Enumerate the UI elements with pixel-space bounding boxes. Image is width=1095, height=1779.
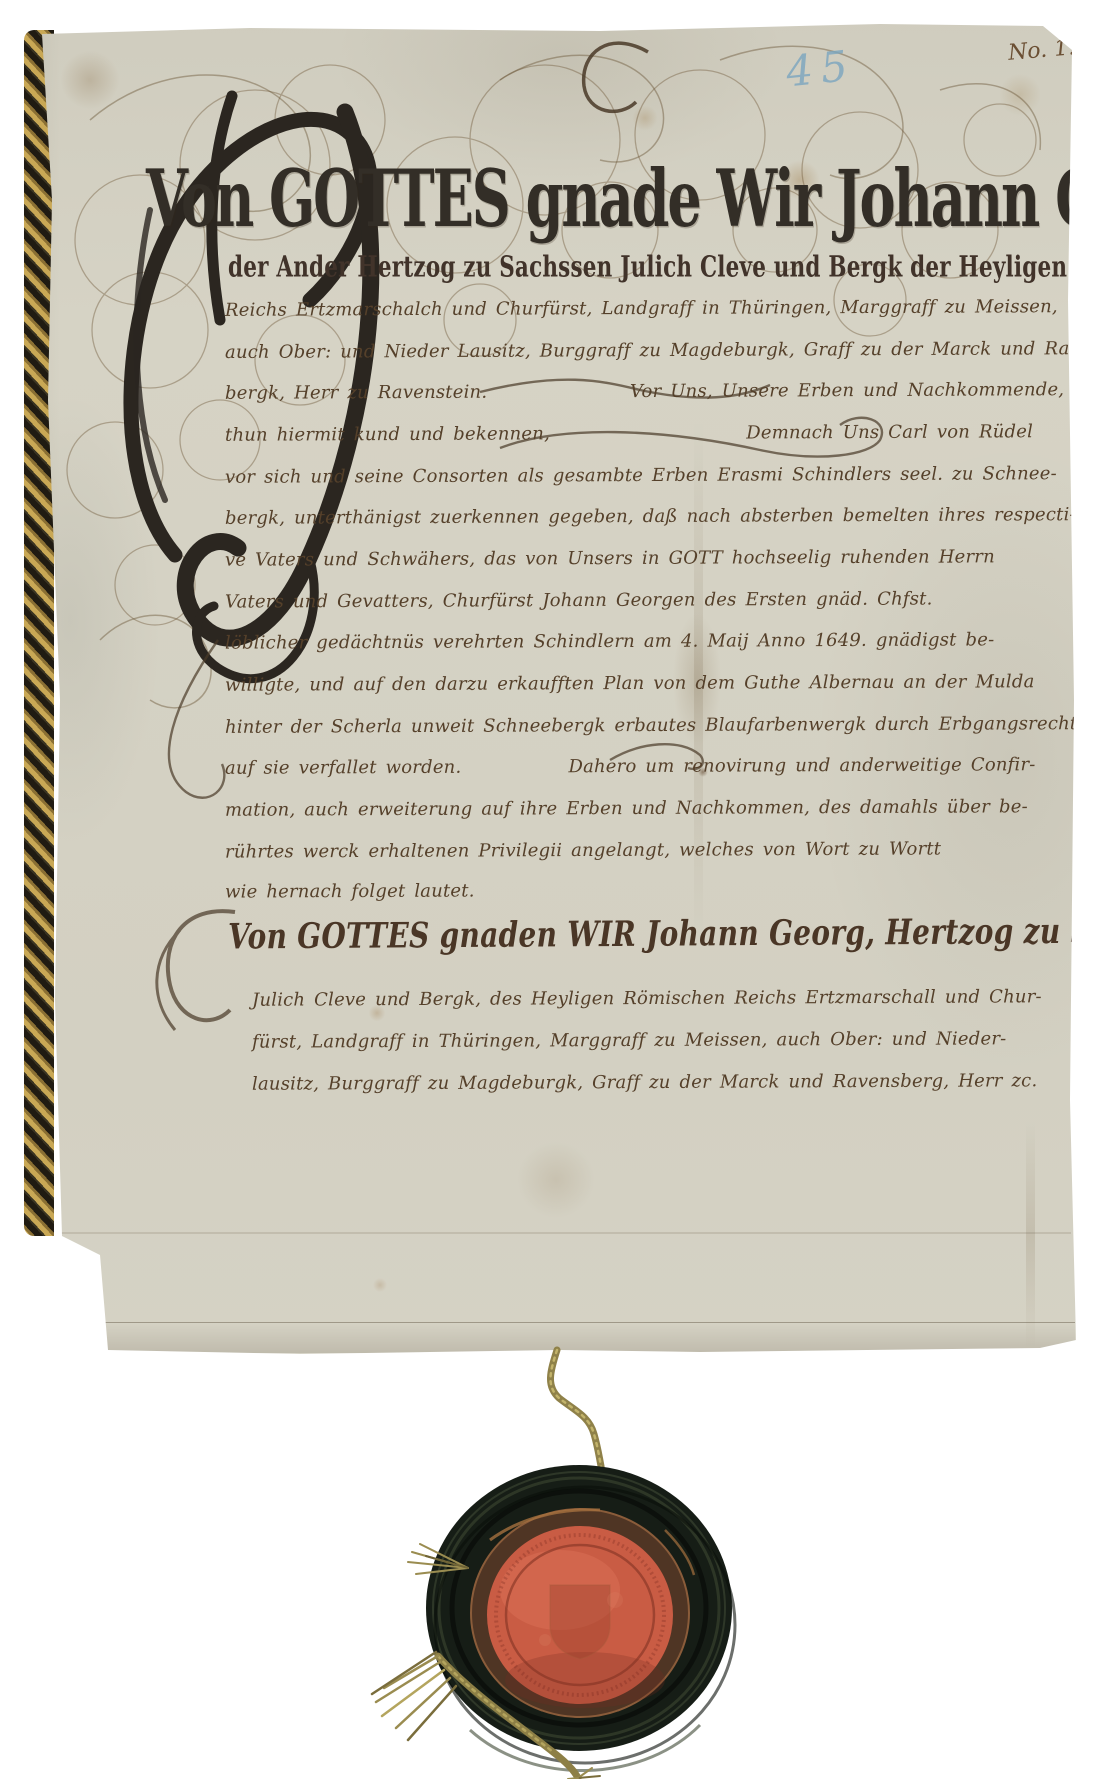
manuscript-line: hinter der Scherla unweit Schneebergk er… <box>225 713 1077 738</box>
inserted-privilege-heading: Von GOTTES gnaden WIR Johann Georg, Hert… <box>228 910 1095 958</box>
charter-heading: Von GOTTES gnade Wir Johann Georg <box>146 152 1095 245</box>
pendant-wax-seal <box>320 1330 780 1779</box>
pen-mark-c <box>584 43 648 111</box>
charter-subheading: der Ander Hertzog zu Sachssen Julich Cle… <box>228 251 1095 285</box>
vertical-crease <box>1026 1120 1035 1350</box>
manuscript-line: Reichs Ertzmarschalch und Churfürst, Lan… <box>225 296 1058 321</box>
horizontal-fold-line <box>60 1232 1071 1234</box>
parchment-edge-braid <box>24 30 54 1236</box>
manuscript-line: mation, auch erweiterung auf ihre Erben … <box>225 796 1028 821</box>
wax-disc <box>487 1526 673 1708</box>
manuscript-line: Julich Cleve und Bergk, des Heyligen Röm… <box>252 986 1042 1010</box>
manuscript-line: vor sich und seine Consorten als gesambt… <box>225 463 1057 488</box>
manuscript-line: auch Ober: und Nieder Lausitz, Burggraff… <box>225 338 1095 363</box>
manuscript-line: wie hernach folget lautet. <box>225 880 475 902</box>
manuscript-line: fürst, Landgraff in Thüringen, Marggraff… <box>252 1028 1006 1052</box>
manuscript-line: ve Vaters und Schwähers, das von Unsers … <box>225 546 995 570</box>
manuscript-line: löblicher gedächtnüs verehrten Schindler… <box>225 629 994 653</box>
manuscript-line: bergk, Herr zu Ravenstein. Vor Uns, Unse… <box>225 379 1064 404</box>
manuscript-line: auf sie verfallet worden. Dahero um reno… <box>225 754 1036 779</box>
manuscript-line: Vaters und Gevatters, Churfürst Johann G… <box>225 588 933 612</box>
manuscript-line: willigte, und auf den darzu erkaufften P… <box>225 671 1035 696</box>
blue-crayon-number: 45 <box>784 41 858 97</box>
manuscript-line: rührtes werck erhaltenen Privilegii ange… <box>225 838 941 862</box>
manuscript-line: lausitz, Burggraff zu Magdeburgk, Graff … <box>252 1070 1037 1094</box>
manuscript-line: bergk, unterthänigst zuerkennen gegeben,… <box>225 504 1076 529</box>
manuscript-line: thun hiermit kund und bekennen, Demnach … <box>225 421 1033 446</box>
scanned-charter-page: Von GOTTES gnade Wir Johann Georg der An… <box>0 0 1095 1779</box>
